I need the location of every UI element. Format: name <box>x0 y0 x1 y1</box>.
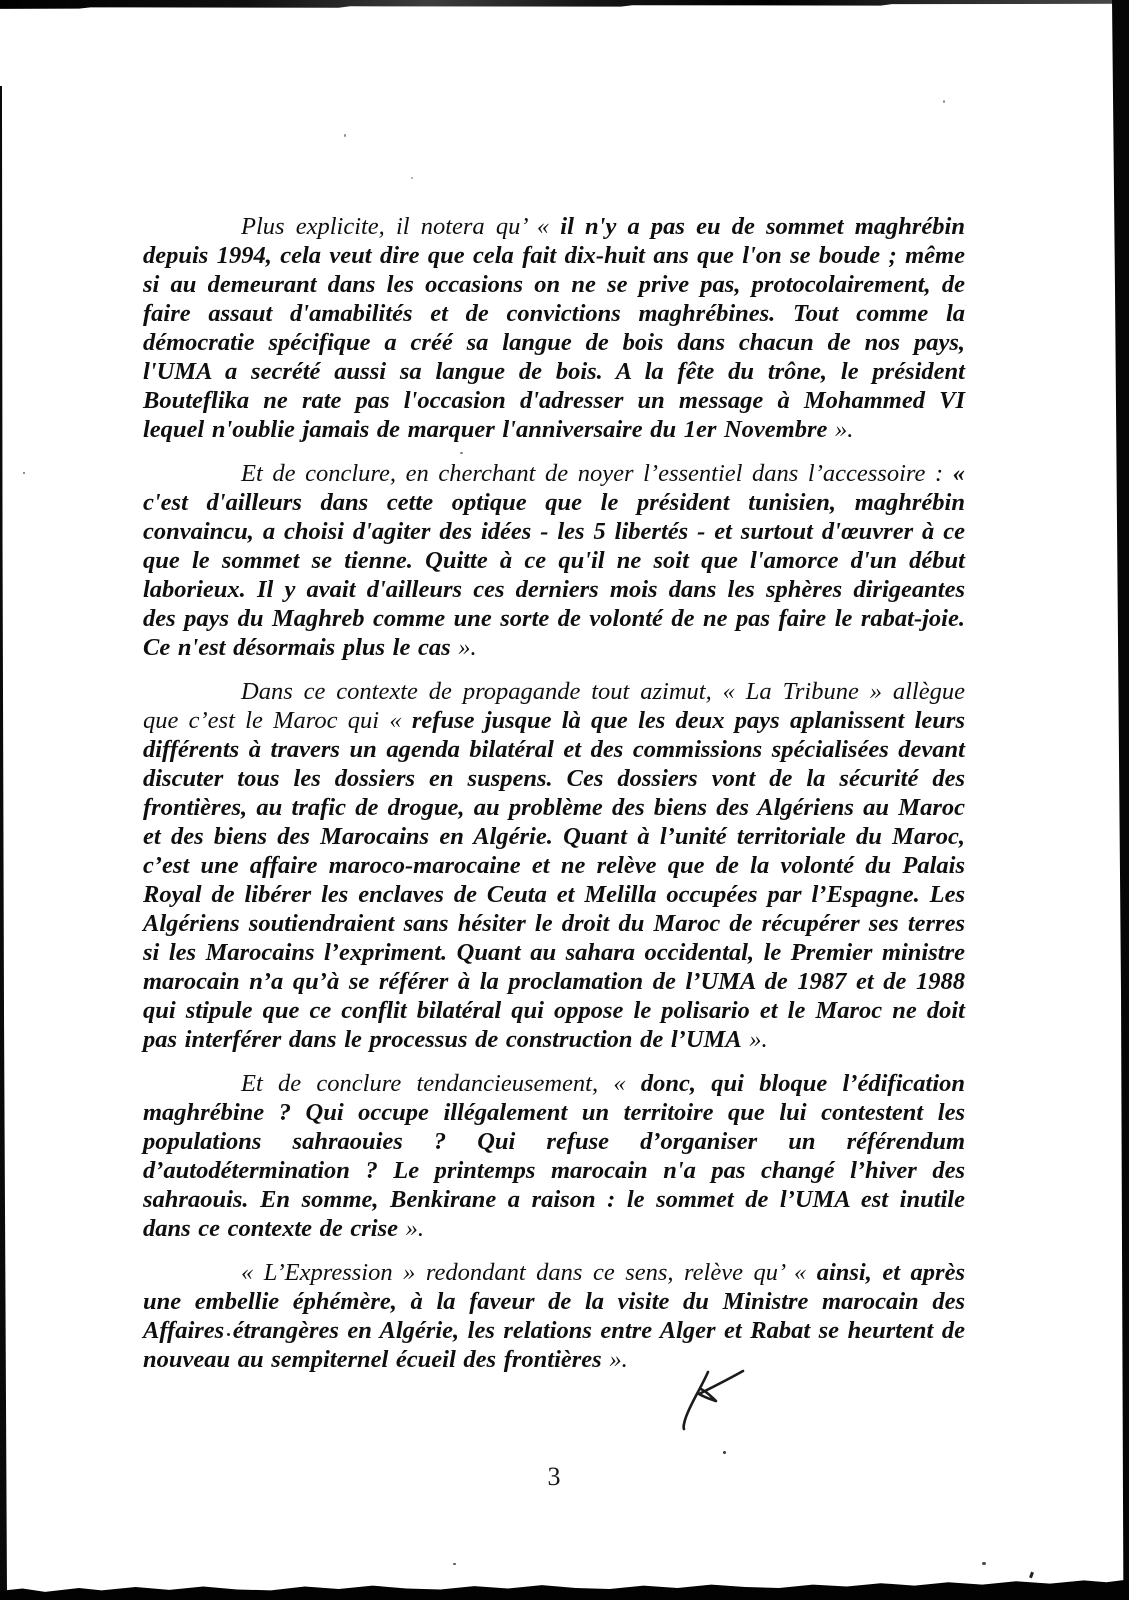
scan-speck <box>1029 1572 1034 1579</box>
quoted-bold-text: refuse jusque là que les deux pays aplan… <box>143 707 965 1053</box>
quoted-bold-text: « c'est d'ailleurs dans cette optique qu… <box>143 460 965 661</box>
quoted-bold-text: il n'y a pas eu de sommet maghrébin depu… <box>143 213 965 443</box>
paragraph-outro: ». <box>827 416 853 443</box>
paragraph: Plus explicite, il notera qu’ « il n'y a… <box>143 212 965 444</box>
paragraph: Et de conclure, en cherchant de noyer l’… <box>143 459 965 662</box>
scan-speck <box>411 177 413 179</box>
scan-speck <box>227 1333 230 1336</box>
scan-speck <box>460 452 463 454</box>
scan-speck <box>723 1451 726 1454</box>
paragraph-outro: ». <box>602 1346 628 1373</box>
scan-artifact-left-edge <box>0 86 9 1600</box>
scan-speck <box>23 472 25 474</box>
document-body: Plus explicite, il notera qu’ « il n'y a… <box>143 212 965 1389</box>
scan-speck <box>344 134 346 137</box>
scan-speck <box>453 1563 456 1565</box>
paragraph-outro: ». <box>451 634 477 661</box>
paragraph: « L’Expression » redondant dans ce sens,… <box>143 1258 965 1374</box>
paragraph-outro: ». <box>742 1026 768 1053</box>
paragraph: Dans ce contexte de propagande tout azim… <box>143 677 965 1054</box>
paragraph-outro: ». <box>398 1215 424 1242</box>
scan-speck <box>943 100 945 103</box>
handwritten-paraph-icon <box>655 1340 765 1450</box>
paragraph-intro: Et de conclure, en cherchant de noyer l’… <box>241 460 953 487</box>
scan-artifact-bottom-edge <box>0 1576 1129 1600</box>
paragraph-intro: « L’Expression » redondant dans ce sens,… <box>241 1259 817 1286</box>
scan-artifact-top-edge <box>0 0 1129 9</box>
scan-speck <box>982 1562 986 1565</box>
paragraph-intro: Et de conclure tendancieusement, « <box>241 1070 641 1097</box>
paragraph: Et de conclure tendancieusement, « donc,… <box>143 1069 965 1243</box>
page-number: 3 <box>143 1462 965 1492</box>
paragraph-intro: Plus explicite, il notera qu’ « <box>241 213 560 240</box>
scan-artifact-right-edge <box>1109 0 1129 1600</box>
